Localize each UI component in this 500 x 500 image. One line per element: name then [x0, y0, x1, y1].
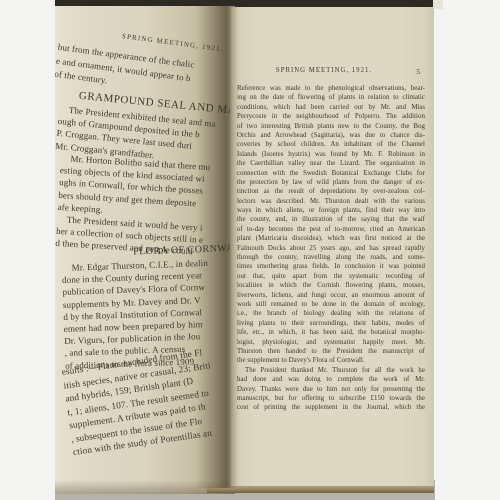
left-page: SPRING MEETING, 1921. but from the appea…: [55, 6, 235, 494]
text-line: the supplement to Davey's Flora of Cornw…: [237, 356, 425, 365]
text-line: lectors was described. Mr. Thurston deal…: [237, 197, 425, 206]
text-line: of two interesting British plants new to…: [237, 122, 425, 131]
text-line: ing on the date of flowering of plants i…: [237, 93, 425, 102]
text-line: The President thanked Mr. Thurston for a…: [237, 366, 425, 375]
text-line: living plants to their surroundings, the…: [237, 319, 425, 328]
text-line: had done and was doing to complete the w…: [237, 375, 425, 384]
text-line: times smothering grass fields. In conclu…: [237, 262, 425, 271]
body-paragraph: The President thanked Mr. Thurston for a…: [237, 366, 425, 413]
text-line: plant (Matricaria discoidea), which was …: [237, 234, 425, 243]
text-line: logist, physiologist, and systematist ha…: [237, 338, 425, 347]
text-line: of to-day becomes the pest of to-morrow,…: [237, 225, 425, 234]
text-line: Davey. Thanks were due to him not only f…: [237, 385, 425, 394]
text-line: out that, quite apart from the systemati…: [237, 272, 425, 281]
text-line: Perrycoste in the neighbourhood of Polpe…: [237, 112, 425, 121]
text-line: ways in which aliens, or foreign plants,…: [237, 206, 425, 215]
text-line: life, etc., in which, it has been said, …: [237, 328, 425, 337]
text-line: Islands (Isoetes hystrix) was found by M…: [237, 150, 425, 159]
running-header: SPRING MEETING, 1921.: [238, 67, 410, 74]
text-line: Orchis and Arrowhead (Sagittaria), was d…: [237, 131, 425, 140]
right-page: SPRING MEETING, 1921. 5 Reference was ma…: [230, 7, 434, 487]
text-line: Falmouth Docks about 25 years ago, and h…: [237, 244, 425, 253]
text-line: the county, and, in illustration of the …: [237, 215, 425, 224]
text-line: manuscript, but for offering to subscrib…: [237, 394, 425, 403]
page-body: Reference was made to the phenological o…: [237, 84, 425, 413]
text-line: i.e., the branch of biology dealing with…: [237, 309, 425, 318]
page-number: 5: [416, 67, 420, 76]
text-line: coveries by school children. An inhabita…: [237, 140, 425, 149]
text-line: the Caerthillian valley near the Lizard.…: [237, 159, 425, 168]
page-header-row: SPRING MEETING, 1921. 5: [238, 67, 426, 77]
text-line: through the county, travelling along the…: [237, 253, 425, 262]
body-paragraph: Reference was made to the phenological o…: [237, 84, 425, 366]
text-line: connection with the Swedish Botanical Ex…: [237, 169, 425, 178]
underlying-page-sliver: [433, 0, 443, 9]
text-line: liverworts, lichens, and fungi occur, an…: [237, 291, 425, 300]
stacked-pages-edge: [207, 486, 434, 493]
text-line: cost of printing the supplement in the J…: [237, 403, 425, 412]
text-line: the protection by law of wild plants fro…: [237, 178, 425, 187]
text-line: work still remained to be done in the do…: [237, 300, 425, 309]
text-line: tinction as the result of depredations b…: [237, 187, 425, 196]
text-line: conditions, which had been carried out b…: [237, 103, 425, 112]
text-line: Thurston then handed to the President th…: [237, 347, 425, 356]
text-line: localities in which the Cornish flowerin…: [237, 281, 425, 290]
text-line: Reference was made to the phenological o…: [237, 84, 425, 93]
book-photo: SPRING MEETING, 1921. but from the appea…: [0, 0, 500, 500]
